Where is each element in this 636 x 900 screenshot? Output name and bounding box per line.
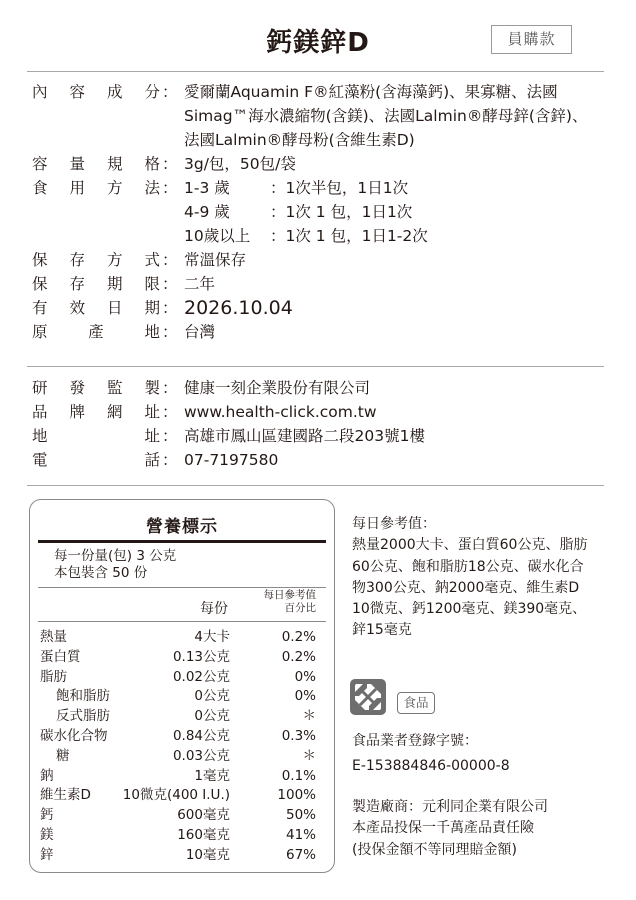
ingredients-line: 愛爾蘭Aquamin F®紅藻粉(含海藻鈣)、果寡糖、法國 (184, 80, 558, 104)
manufacturer-info: 製造廠商：元利同企業有限公司 本產品投保一千萬產品責任險 (投保金額不等同理賠金… (352, 797, 548, 861)
table-row: 鎂160毫克41% (40, 826, 316, 846)
spec-storage: 保 存 方 式 ： 常溫保存 (32, 248, 587, 272)
table-row: 脂肪0.02公克0% (40, 668, 316, 688)
food-badge: 食品 (397, 692, 435, 714)
spec-shelf-life: 保 存 期 限 ： 二年 (32, 272, 587, 296)
divider (27, 71, 604, 72)
company-section: 研 發 監 製 ： 健康一刻企業股份有限公司 品 牌 網 址 ： www.hea… (32, 376, 425, 472)
table-row: 維生素D10微克(400 I.U.)100% (40, 786, 316, 806)
phone-value: 07-7197580 (184, 448, 278, 472)
registration-info: 食品業者登錄字號： E-153884846-00000-8 (352, 731, 510, 778)
spec-label: 內 容 成 分 (32, 80, 162, 104)
spec-capacity: 容 量 規 格 ： 3g/包，50包/袋 (32, 152, 587, 176)
usage-item: 4-9 歲 ：1次 1 包，1日1次 (42, 200, 412, 224)
spec-label: 有 效 日 期 (32, 296, 162, 320)
table-row: 反式脂肪0公克＊ (40, 707, 316, 727)
developer-value: 健康一刻企業股份有限公司 (184, 376, 370, 400)
company-address: 地 址 ： 高雄市鳳山區建國路二段203號1樓 (32, 424, 425, 448)
spec-label: 食 用 方 法 (32, 176, 162, 200)
product-spec-section: 內 容 成 分 ： 愛爾蘭Aquamin F®紅藻粉(含海藻鈣)、果寡糖、法國 … (32, 80, 587, 344)
spec-origin: 原 產 地 ： 台灣 (32, 320, 587, 344)
website-link[interactable]: www.health-click.com.tw (184, 400, 377, 424)
spec-label: 地 址 (32, 424, 162, 448)
daily-reference-heading: 每日參考值： (352, 514, 614, 535)
table-row: 鈣600毫克50% (40, 806, 316, 826)
spec-label: 容 量 規 格 (32, 152, 162, 176)
spec-label: 品 牌 網 址 (32, 400, 162, 424)
spec-label: 研 發 監 製 (32, 376, 162, 400)
spec-usage: 食 用 方 法 ： 1-3 歲 ：1次半包，1日1次 (32, 176, 587, 200)
address-value: 高雄市鳳山區建國路二段203號1樓 (184, 424, 425, 448)
table-row: 熱量4大卡0.2% (40, 628, 316, 648)
capacity-value: 3g/包，50包/袋 (184, 152, 296, 176)
certification-icons: 食品 (349, 678, 435, 716)
registration-label: 食品業者登錄字號： (352, 731, 510, 752)
servings-per-pack: 本包裝含 50 份 (54, 565, 176, 582)
usage-item: 1-3 歲 ：1次半包，1日1次 (184, 176, 408, 200)
insurance-note: 本產品投保一千萬產品責任險 (352, 818, 548, 839)
divider (27, 366, 604, 367)
divider (27, 485, 604, 486)
shelf-life-value: 二年 (184, 272, 215, 296)
nutrition-rows: 熱量4大卡0.2% 蛋白質0.13公克0.2% 脂肪0.02公克0% 飽和脂肪0… (40, 628, 316, 866)
thin-rule (38, 621, 326, 622)
company-website: 品 牌 網 址 ： www.health-click.com.tw (32, 400, 425, 424)
expiry-date: 2026.10.04 (184, 296, 293, 320)
registration-number: E-153884846-00000-8 (352, 756, 510, 777)
nutrition-title: 營養標示 (30, 512, 334, 537)
insurance-disclaimer: (投保金額不等同理賠金額) (352, 840, 548, 861)
table-row: 糖0.03公克＊ (40, 747, 316, 767)
nutrition-facts-table: 營養標示 每一份量(包) 3 公克 本包裝含 50 份 每份 每日參考值 百分比… (29, 499, 335, 873)
origin-value: 台灣 (184, 320, 215, 344)
ingredients-line: 法國Lalmin®酵母粉(含維生素D) (42, 128, 415, 152)
serving-info: 每一份量(包) 3 公克 本包裝含 50 份 (54, 548, 176, 582)
daily-reference-note: 每日參考值： 熱量2000大卡、蛋白質60公克、脂肪 60公克、飽和脂肪18公克… (352, 514, 614, 642)
spec-label: 保 存 期 限 (32, 272, 162, 296)
serving-size: 每一份量(包) 3 公克 (54, 548, 176, 565)
spec-label: 原 產 地 (32, 320, 162, 344)
manufacturer-name: 製造廠商：元利同企業有限公司 (352, 797, 548, 818)
spec-label: 電 話 (32, 448, 162, 472)
column-header-per-serving: 每份 (192, 598, 228, 618)
spec-ingredients: 內 容 成 分 ： 愛爾蘭Aquamin F®紅藻粉(含海藻鈣)、果寡糖、法國 (32, 80, 587, 104)
employee-purchase-badge: 員購款 (491, 25, 572, 54)
storage-value: 常溫保存 (184, 248, 246, 272)
ingredients-line: Simag™海水濃縮物(含鎂)、法國Lalmin®酵母鋅(含鋅)、 (42, 104, 587, 128)
table-row: 鋅10毫克67% (40, 846, 316, 866)
table-row: 碳水化合物0.84公克0.3% (40, 727, 316, 747)
table-row: 飽和脂肪0公克0% (40, 687, 316, 707)
usage-item: 10歲以上 ：1次 1 包，1日1-2次 (42, 224, 428, 248)
thin-rule (38, 587, 326, 588)
spec-expiry: 有 效 日 期 ： 2026.10.04 (32, 296, 587, 320)
recycle-icon (349, 678, 387, 716)
table-row: 鈉1毫克0.1% (40, 767, 316, 787)
thick-rule (38, 540, 326, 543)
company-phone: 電 話 ： 07-7197580 (32, 448, 425, 472)
spec-label: 保 存 方 式 (32, 248, 162, 272)
company-developer: 研 發 監 製 ： 健康一刻企業股份有限公司 (32, 376, 425, 400)
table-row: 蛋白質0.13公克0.2% (40, 648, 316, 668)
column-header-daily-value: 每日參考值 百分比 (256, 589, 316, 615)
